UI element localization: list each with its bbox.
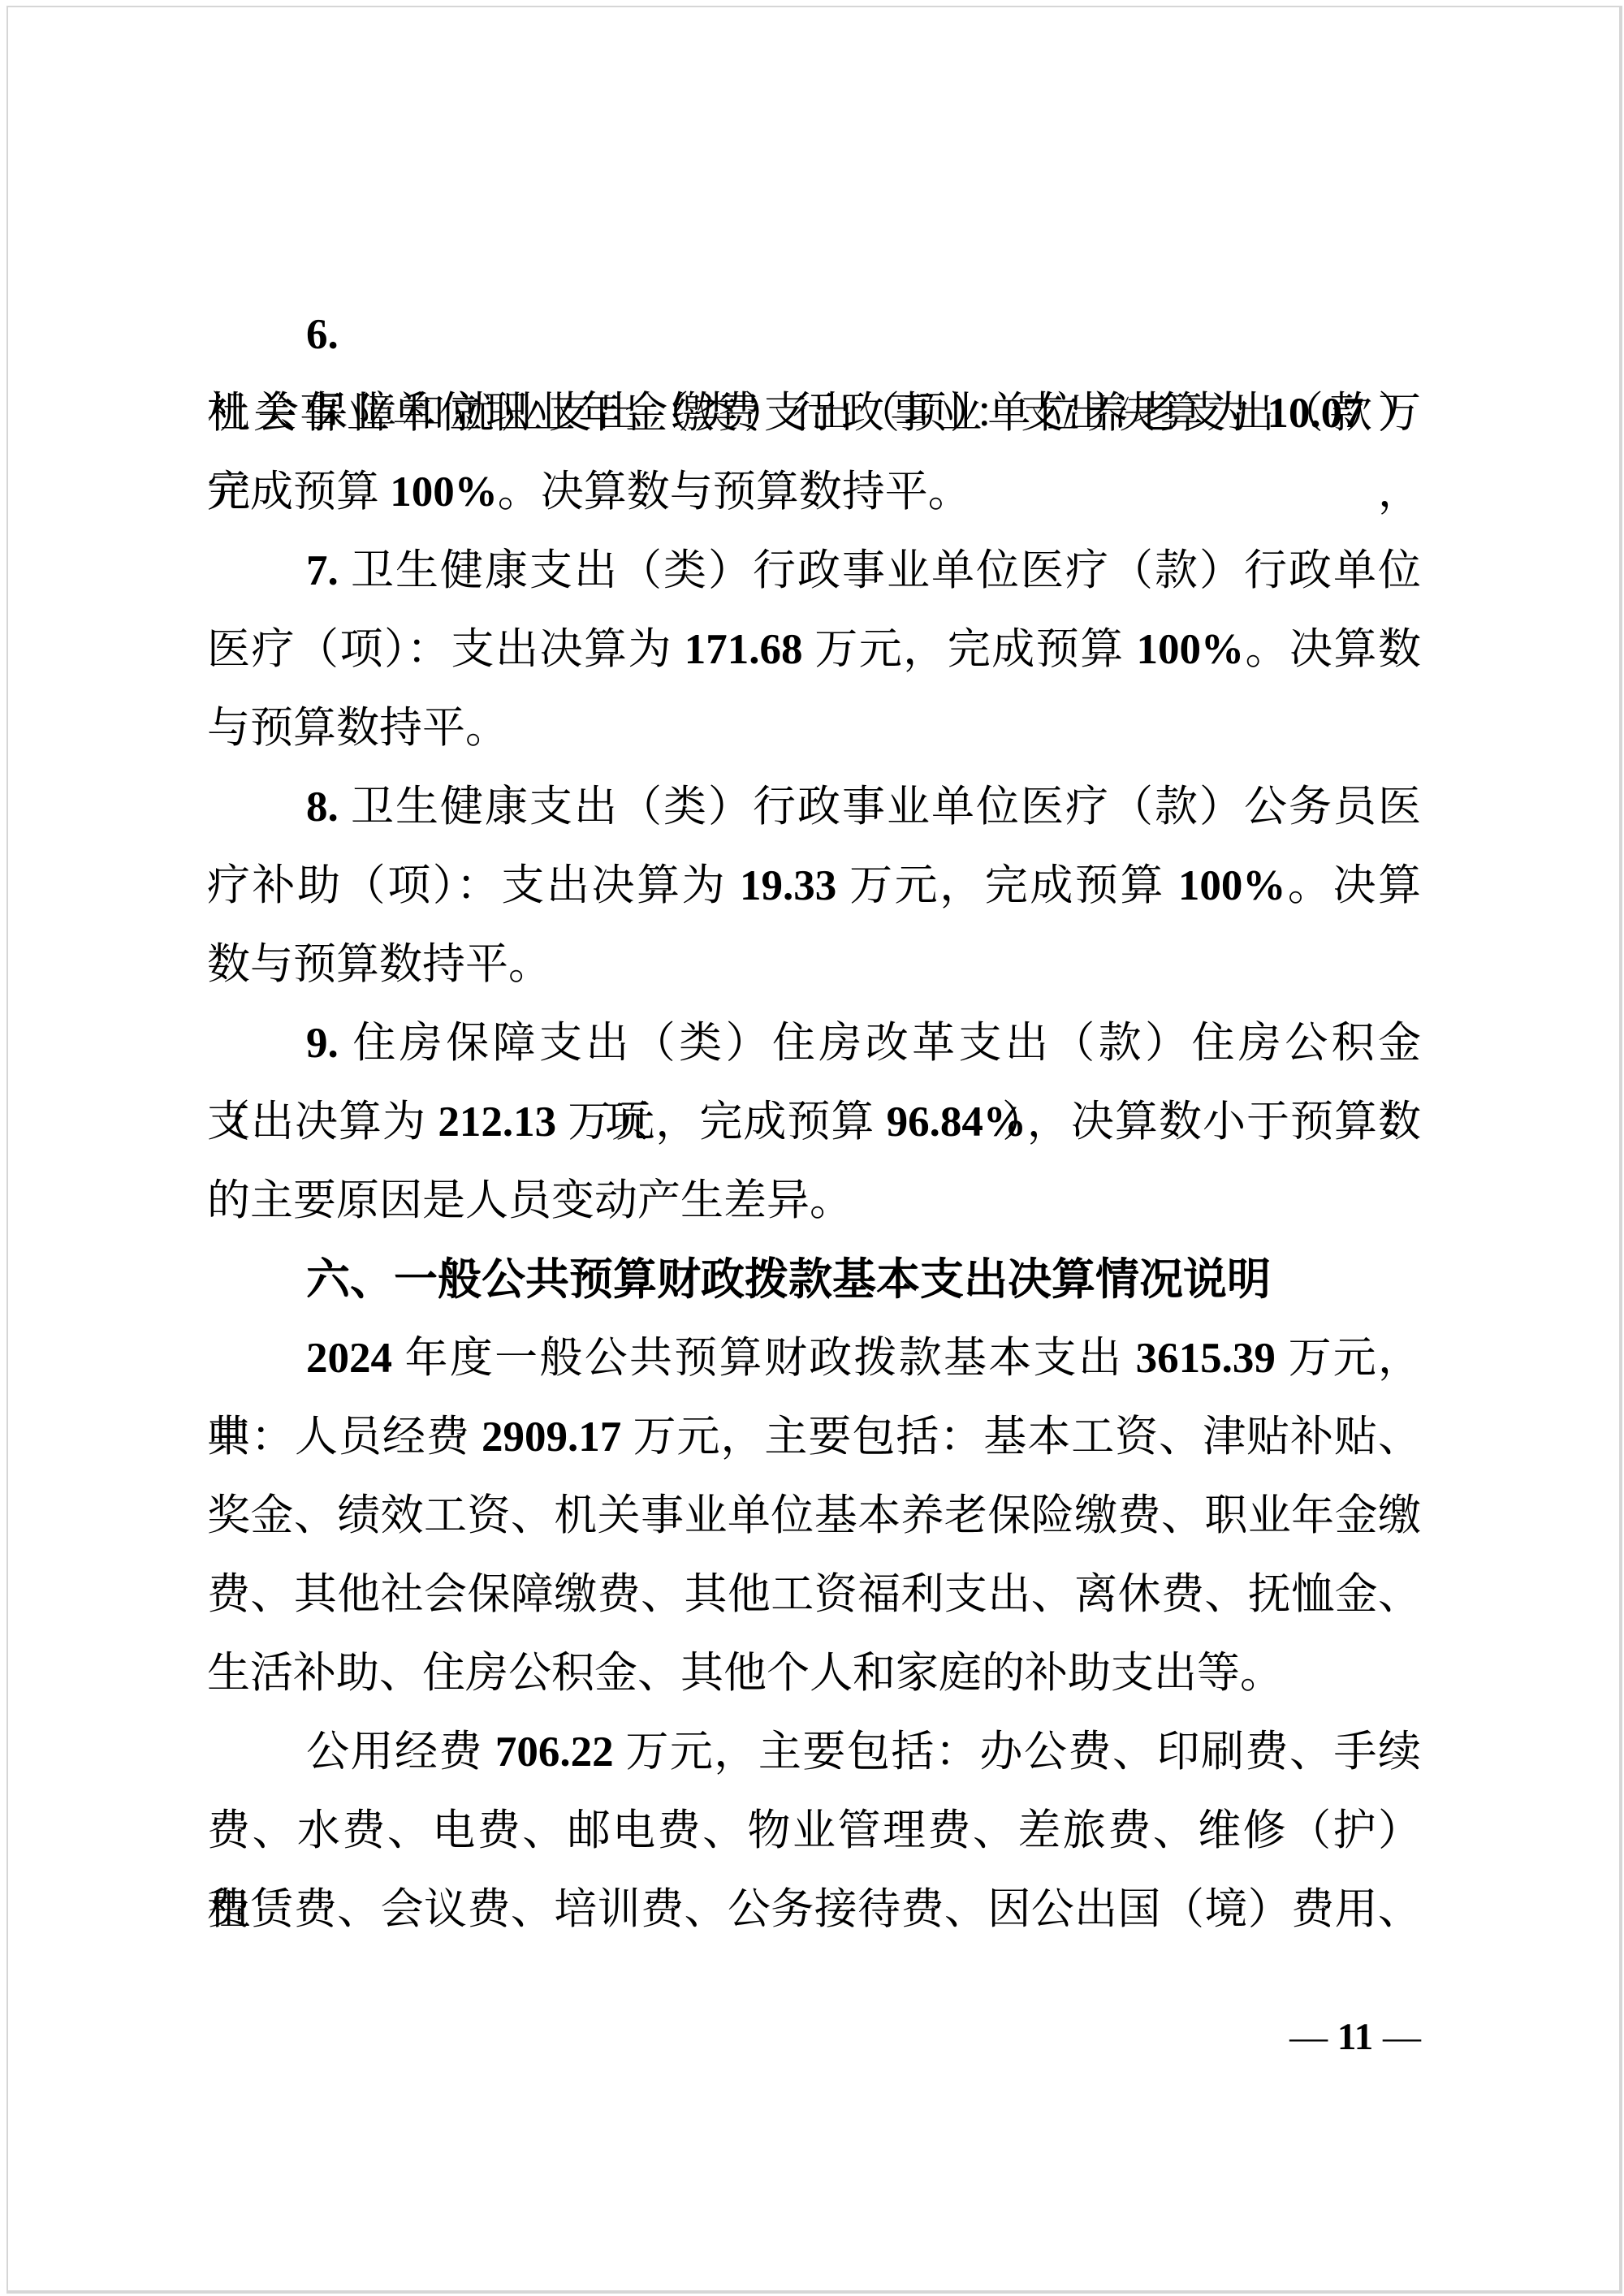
bold-text-segment: 100%: [1137, 626, 1245, 673]
text-segment: 。决算数与预算数持平。: [498, 468, 971, 516]
text-segment: 租赁费、会议费、培训费、公务接待费、因公出国（境）费用、: [207, 1886, 1421, 1933]
para10-line5: 生活补助、住房公积金、其他个人和家庭的补助支出等。: [207, 1634, 1421, 1713]
bold-text-segment: 2909.17: [482, 1413, 621, 1461]
text-segment: 费、其他社会保障缴费、其他工资福利支出、离休费、抚恤金、: [207, 1571, 1421, 1618]
page-footer: — 11 —: [207, 2007, 1421, 2068]
para8-line3: 数与预算数持平。: [207, 926, 1421, 1004]
text-segment: 支出决算为: [207, 1098, 438, 1146]
text-segment: 疗补助（项）：支出决算为: [207, 862, 740, 909]
para7-line1: 7. 卫生健康支出（类）行政事业单位医疗（款）行政单位: [207, 532, 1421, 611]
text-segment: 万元，完成预算: [836, 862, 1178, 909]
text-segment: 的主要原因是人员变动产生差异。: [207, 1177, 853, 1224]
text-segment: 医疗（项）：支出决算为: [207, 626, 685, 673]
para11-line3: 租赁费、会议费、培训费、公务接待费、因公出国（境）费用、: [207, 1871, 1421, 1949]
para9-line2: 支出决算为 212.13 万元，完成预算 96.84%，决算数小于预算数: [207, 1083, 1421, 1162]
bold-text-segment: 100%: [390, 468, 498, 516]
page-number-dash-right: —: [1373, 2016, 1421, 2058]
para7-line2: 医疗（项）：支出决算为 171.68 万元，完成预算 100%。决算数: [207, 611, 1421, 689]
text-segment: 生活补助、住房公积金、其他个人和家庭的补助支出等。: [207, 1650, 1283, 1697]
bold-text-segment: 8.: [306, 783, 351, 831]
para11-line1: 公用经费 706.22 万元，主要包括：办公费、印刷费、手续: [207, 1713, 1421, 1792]
para9-line3: 的主要原因是人员变动产生差异。: [207, 1162, 1421, 1241]
text-segment: 万元，完成预算: [803, 626, 1137, 673]
bold-text-segment: 3615.39: [1136, 1335, 1276, 1382]
para8-line2: 疗补助（项）：支出决算为 19.33 万元，完成预算 100%。决算: [207, 847, 1421, 926]
text-segment: 万元，完成预算: [556, 1098, 887, 1146]
bold-text-segment: 10.07: [1267, 390, 1363, 437]
para9-line1: 9. 住房保障支出（类）住房改革支出（款）住房公积金（项）：: [207, 1004, 1421, 1083]
text-segment: 。决算数: [1244, 626, 1421, 673]
text-segment: 公用经费: [306, 1728, 495, 1776]
text-segment: 年度一般公共预算财政拨款基本支出: [392, 1335, 1136, 1382]
document-body: 6. 社会保障和就业支出（类）行政事业单位养老支出（款）机关事业单位职业年金缴费…: [207, 296, 1421, 1949]
para10-line3: 奖金、绩效工资、机关事业单位基本养老保险缴费、职业年金缴: [207, 1477, 1421, 1556]
para10-line2: 中：人员经费 2909.17 万元，主要包括：基本工资、津贴补贴、: [207, 1398, 1421, 1477]
bold-text-segment: 6.: [306, 311, 339, 358]
bold-text-segment: 9.: [306, 1020, 352, 1067]
page-number-dash-left: —: [1289, 2016, 1337, 2058]
para10-line1: 2024 年度一般公共预算财政拨款基本支出 3615.39 万元，其: [207, 1319, 1421, 1398]
text-segment: 。决算: [1285, 862, 1421, 909]
text-segment: 万元，主要包括：基本工资、津贴补贴、: [621, 1413, 1421, 1461]
text-segment: 卫生健康支出（类）行政事业单位医疗（款）公务员医: [351, 783, 1421, 831]
text-segment: 卫生健康支出（类）行政事业单位医疗（款）行政单位: [351, 547, 1421, 594]
bold-text-segment: 100%: [1178, 862, 1286, 909]
para6-line1: 6. 社会保障和就业支出（类）行政事业单位养老支出（款）: [207, 296, 1421, 374]
text-segment: 数与预算数持平。: [207, 941, 551, 988]
text-segment: 与预算数持平。: [207, 705, 508, 752]
bold-text-segment: 六、一般公共预算财政拨款基本支出决算情况说明: [306, 1255, 1271, 1304]
bold-text-segment: 706.22: [495, 1728, 614, 1776]
text-segment: 完成预算: [207, 468, 390, 516]
bold-text-segment: 7.: [306, 547, 351, 594]
para11-line2: 费、水费、电费、邮电费、物业管理费、差旅费、维修（护）费、: [207, 1792, 1421, 1871]
bold-text-segment: 171.68: [685, 626, 803, 673]
bold-text-segment: 96.84%: [887, 1098, 1026, 1146]
text-segment: 万元，主要包括：办公费、印刷费、手续: [614, 1728, 1421, 1776]
para6-line2: 机关事业单位职业年金缴费支出（项）：支出决算为 10.07 万元，: [207, 374, 1421, 453]
para10-line4: 费、其他社会保障缴费、其他工资福利支出、离休费、抚恤金、: [207, 1556, 1421, 1634]
bold-text-segment: 2024: [306, 1335, 392, 1382]
document-page: { "colors": { "text": "#000000", "page_b…: [0, 0, 1624, 2296]
page-number: 11: [1337, 2016, 1373, 2058]
text-segment: 机关事业单位职业年金缴费支出（项）：支出决算为: [207, 390, 1267, 437]
para7-line3: 与预算数持平。: [207, 689, 1421, 768]
section6-heading: 六、一般公共预算财政拨款基本支出决算情况说明: [207, 1241, 1421, 1319]
text-segment: ，决算数小于预算数: [1026, 1098, 1421, 1146]
bold-text-segment: 212.13: [438, 1098, 556, 1146]
text-segment: 中：人员经费: [207, 1413, 482, 1461]
para8-line1: 8. 卫生健康支出（类）行政事业单位医疗（款）公务员医: [207, 768, 1421, 847]
bold-text-segment: 19.33: [740, 862, 836, 909]
text-segment: 奖金、绩效工资、机关事业单位基本养老保险缴费、职业年金缴: [207, 1492, 1421, 1539]
